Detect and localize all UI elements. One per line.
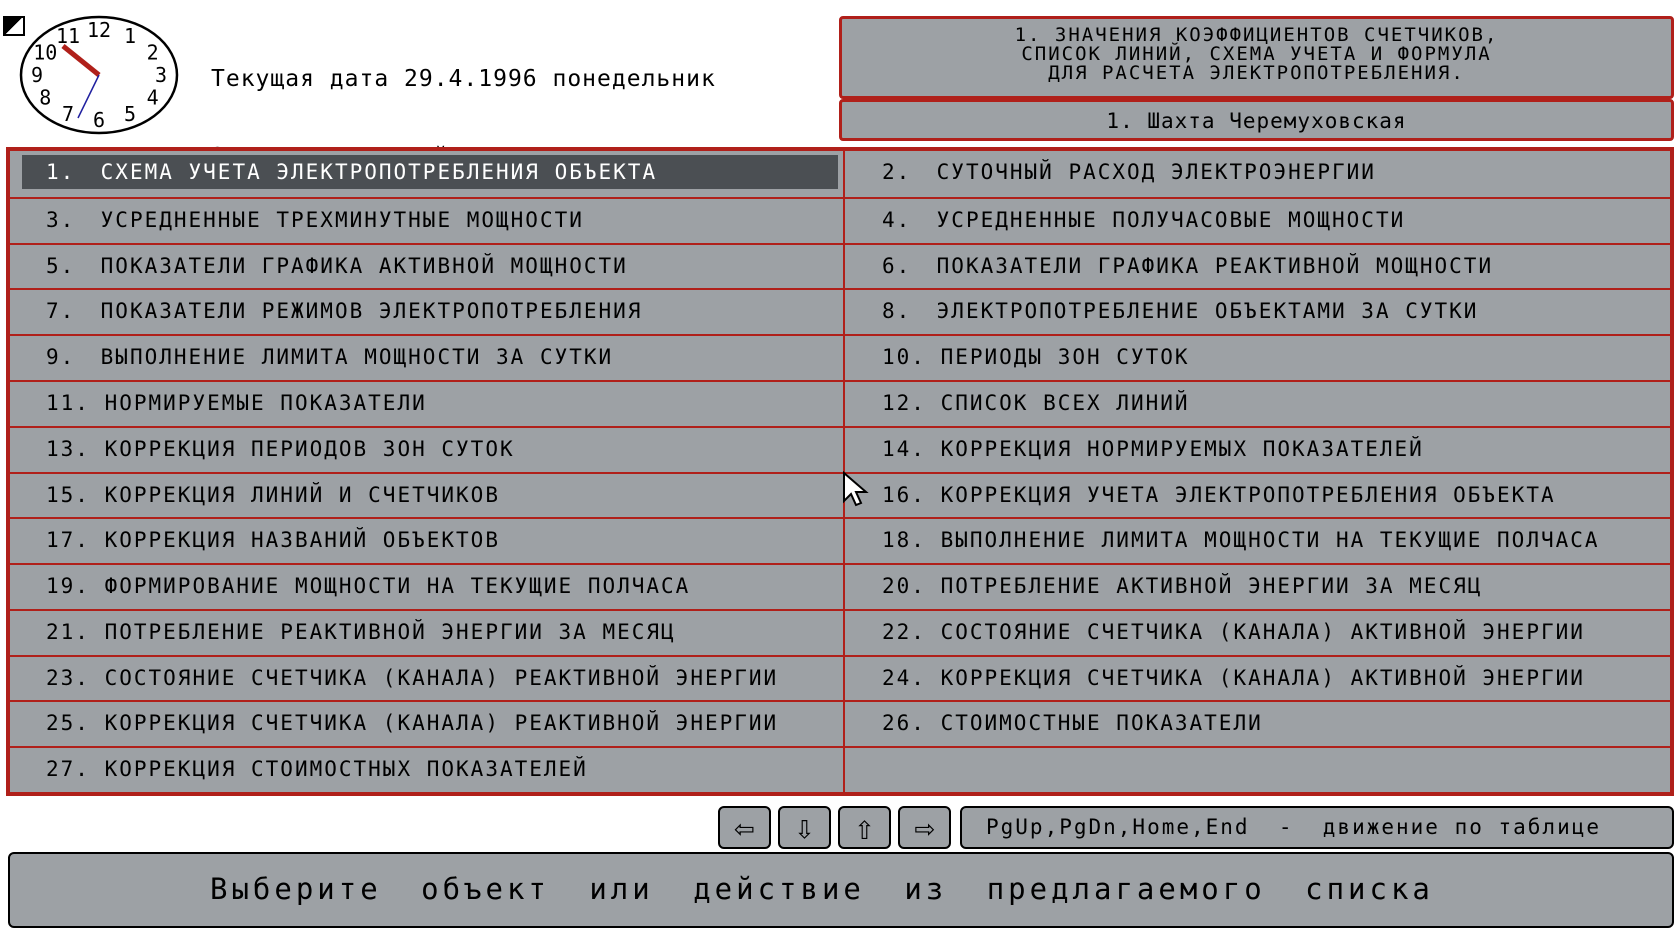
mouse-cursor-icon <box>842 471 872 511</box>
menu-item-16[interactable]: 16. КОРРЕКЦИЯ УЧЕТА ЭЛЕКТРОПОТРЕБЛЕНИЯ О… <box>882 474 1556 518</box>
svg-text:1: 1 <box>124 24 136 48</box>
arrow-down-icon: ⇩ <box>794 811 814 845</box>
menu-item-number: 16. <box>882 474 926 518</box>
menu-item-label: ПОТРЕБЛЕНИЕ АКТИВНОЙ ЭНЕРГИИ ЗА МЕСЯЦ <box>941 574 1483 598</box>
menu-item-3[interactable]: 3. УСРЕДНЕННЫЕ ТРЕХМИНУТНЫЕ МОЩНОСТИ <box>46 199 584 243</box>
table-row: 5. ПОКАЗАТЕЛИ ГРАФИКА АКТИВНОЙ МОЩНОСТИ6… <box>10 243 1670 289</box>
menu-item-label: УСРЕДНЕННЫЕ ТРЕХМИНУТНЫЕ МОЩНОСТИ <box>101 208 584 232</box>
table-row: 21. ПОТРЕБЛЕНИЕ РЕАКТИВНОЙ ЭНЕРГИИ ЗА МЕ… <box>10 609 1670 655</box>
menu-item-number: 20. <box>882 565 926 609</box>
arrow-up-button[interactable]: ⇧ <box>838 806 891 849</box>
menu-item-label: СОСТОЯНИЕ СЧЕТЧИКА (КАНАЛА) АКТИВНОЙ ЭНЕ… <box>941 620 1585 644</box>
menu-item-number: 6. <box>882 245 922 289</box>
menu-item-number: 9. <box>46 336 86 380</box>
arrow-right-button[interactable]: ⇨ <box>898 806 951 849</box>
menu-item-11[interactable]: 11. НОРМИРУЕМЫЕ ПОКАЗАТЕЛИ <box>46 382 427 426</box>
menu-item-number: 1. <box>46 151 86 195</box>
menu-item-number: 15. <box>46 474 90 518</box>
menu-item-number: 8. <box>882 290 922 334</box>
menu-item-17[interactable]: 17. КОРРЕКЦИЯ НАЗВАНИЙ ОБЪЕКТОВ <box>46 519 500 563</box>
menu-item-label: СУТОЧНЫЙ РАСХОД ЭЛЕКТРОЭНЕРГИИ <box>937 160 1376 184</box>
menu-item-label: ЭЛЕКТРОПОТРЕБЛЕНИЕ ОБЪЕКТАМИ ЗА СУТКИ <box>937 299 1479 323</box>
menu-item-label: НОРМИРУЕМЫЕ ПОКАЗАТЕЛИ <box>105 391 427 415</box>
menu-item-number: 17. <box>46 519 90 563</box>
menu-item-number: 13. <box>46 428 90 472</box>
menu-item-26[interactable]: 26. СТОИМОСТНЫЕ ПОКАЗАТЕЛИ <box>882 702 1263 746</box>
menu-item-6[interactable]: 6. ПОКАЗАТЕЛИ ГРАФИКА РЕАКТИВНОЙ МОЩНОСТ… <box>882 245 1493 289</box>
menu-item-label: СПИСОК ВСЕХ ЛИНИЙ <box>941 391 1190 415</box>
svg-text:9: 9 <box>31 63 43 87</box>
svg-text:6: 6 <box>93 108 105 132</box>
menu-item-number: 27. <box>46 748 90 792</box>
menu-item-number: 7. <box>46 290 86 334</box>
menu-item-19[interactable]: 19. ФОРМИРОВАНИЕ МОЩНОСТИ НА ТЕКУЩИЕ ПОЛ… <box>46 565 690 609</box>
object-name: 1. Шахта Черемуховская <box>839 99 1674 141</box>
menu-item-27[interactable]: 27. КОРРЕКЦИЯ СТОИМОСТНЫХ ПОКАЗАТЕЛЕЙ <box>46 748 588 792</box>
menu-item-label: ФОРМИРОВАНИЕ МОЩНОСТИ НА ТЕКУЩИЕ ПОЛЧАСА <box>105 574 691 598</box>
menu-item-number: 21. <box>46 611 90 655</box>
table-row: 27. КОРРЕКЦИЯ СТОИМОСТНЫХ ПОКАЗАТЕЛЕЙ <box>10 746 1670 792</box>
arrow-down-button[interactable]: ⇩ <box>778 806 831 849</box>
table-row: 23. СОСТОЯНИЕ СЧЕТЧИКА (КАНАЛА) РЕАКТИВН… <box>10 655 1670 701</box>
menu-item-5[interactable]: 5. ПОКАЗАТЕЛИ ГРАФИКА АКТИВНОЙ МОЩНОСТИ <box>46 245 628 289</box>
menu-item-22[interactable]: 22. СОСТОЯНИЕ СЧЕТЧИКА (КАНАЛА) АКТИВНОЙ… <box>882 611 1585 655</box>
menu-item-number: 22. <box>882 611 926 655</box>
table-row: 7. ПОКАЗАТЕЛИ РЕЖИМОВ ЭЛЕКТРОПОТРЕБЛЕНИЯ… <box>10 288 1670 334</box>
menu-item-label: КОРРЕКЦИЯ УЧЕТА ЭЛЕКТРОПОТРЕБЛЕНИЯ ОБЪЕК… <box>941 483 1556 507</box>
menu-item-12[interactable]: 12. СПИСОК ВСЕХ ЛИНИЙ <box>882 382 1190 426</box>
menu-item-number: 12. <box>882 382 926 426</box>
table-row: 1. СХЕМА УЧЕТА ЭЛЕКТРОПОТРЕБЛЕНИЯ ОБЪЕКТ… <box>10 151 1670 197</box>
menu-item-number: 23. <box>46 657 90 701</box>
table-row: 3. УСРЕДНЕННЫЕ ТРЕХМИНУТНЫЕ МОЩНОСТИ4. У… <box>10 197 1670 243</box>
svg-text:10: 10 <box>33 41 57 65</box>
arrow-right-icon: ⇨ <box>914 811 934 845</box>
svg-text:5: 5 <box>124 102 136 126</box>
menu-item-24[interactable]: 24. КОРРЕКЦИЯ СЧЕТЧИКА (КАНАЛА) АКТИВНОЙ… <box>882 657 1585 701</box>
menu-item-13[interactable]: 13. КОРРЕКЦИЯ ПЕРИОДОВ ЗОН СУТОК <box>46 428 515 472</box>
menu-item-number: 10. <box>882 336 926 380</box>
menu-item-label: СТОИМОСТНЫЕ ПОКАЗАТЕЛИ <box>941 711 1263 735</box>
menu-item-number: 3. <box>46 199 86 243</box>
menu-item-number: 19. <box>46 565 90 609</box>
menu-item-8[interactable]: 8. ЭЛЕКТРОПОТРЕБЛЕНИЕ ОБЪЕКТАМИ ЗА СУТКИ <box>882 290 1478 334</box>
arrow-left-button[interactable]: ⇦ <box>718 806 771 849</box>
navigation-hint: PgUp,PgDn,Home,End - движение по таблице <box>960 806 1674 849</box>
menu-item-label: КОРРЕКЦИЯ СЧЕТЧИКА (КАНАЛА) РЕАКТИВНОЙ Э… <box>105 711 779 735</box>
section-title: 1. ЗНАЧЕНИЯ КОЭФФИЦИЕНТОВ СЧЕТЧИКОВ, СПИ… <box>839 16 1674 99</box>
menu-item-label: КОРРЕКЦИЯ НАЗВАНИЙ ОБЪЕКТОВ <box>105 528 500 552</box>
menu-item-20[interactable]: 20. ПОТРЕБЛЕНИЕ АКТИВНОЙ ЭНЕРГИИ ЗА МЕСЯ… <box>882 565 1482 609</box>
menu-item-label: КОРРЕКЦИЯ СЧЕТЧИКА (КАНАЛА) АКТИВНОЙ ЭНЕ… <box>941 666 1585 690</box>
arrow-left-icon: ⇦ <box>734 811 754 845</box>
menu-item-7[interactable]: 7. ПОКАЗАТЕЛИ РЕЖИМОВ ЭЛЕКТРОПОТРЕБЛЕНИЯ <box>46 290 642 334</box>
menu-item-label: ПОКАЗАТЕЛИ ГРАФИКА РЕАКТИВНОЙ МОЩНОСТИ <box>937 254 1493 278</box>
status-bar: Выберите объект или действие из предлага… <box>8 852 1674 928</box>
menu-item-label: УСРЕДНЕННЫЕ ПОЛУЧАСОВЫЕ МОЩНОСТИ <box>937 208 1406 232</box>
menu-table: 1. СХЕМА УЧЕТА ЭЛЕКТРОПОТРЕБЛЕНИЯ ОБЪЕКТ… <box>6 147 1674 796</box>
svg-text:3: 3 <box>155 63 167 87</box>
menu-item-number: 18. <box>882 519 926 563</box>
menu-item-label: ПЕРИОДЫ ЗОН СУТОК <box>941 345 1190 369</box>
menu-item-9[interactable]: 9. ВЫПОЛНЕНИЕ ЛИМИТА МОЩНОСТИ ЗА СУТКИ <box>46 336 613 380</box>
current-date: Текущая дата 29.4.1996 понедельник <box>211 66 716 92</box>
menu-item-label: СХЕМА УЧЕТА ЭЛЕКТРОПОТРЕБЛЕНИЯ ОБЪЕКТА <box>101 160 657 184</box>
table-row: 11. НОРМИРУЕМЫЕ ПОКАЗАТЕЛИ12. СПИСОК ВСЕ… <box>10 380 1670 426</box>
table-row: 13. КОРРЕКЦИЯ ПЕРИОДОВ ЗОН СУТОК14. КОРР… <box>10 426 1670 472</box>
menu-item-14[interactable]: 14. КОРРЕКЦИЯ НОРМИРУЕМЫХ ПОКАЗАТЕЛЕЙ <box>882 428 1424 472</box>
table-row: 25. КОРРЕКЦИЯ СЧЕТЧИКА (КАНАЛА) РЕАКТИВН… <box>10 700 1670 746</box>
menu-item-label: ПОКАЗАТЕЛИ РЕЖИМОВ ЭЛЕКТРОПОТРЕБЛЕНИЯ <box>101 299 643 323</box>
menu-item-21[interactable]: 21. ПОТРЕБЛЕНИЕ РЕАКТИВНОЙ ЭНЕРГИИ ЗА МЕ… <box>46 611 676 655</box>
menu-item-number: 26. <box>882 702 926 746</box>
menu-item-1[interactable]: 1. СХЕМА УЧЕТА ЭЛЕКТРОПОТРЕБЛЕНИЯ ОБЪЕКТ… <box>46 151 657 197</box>
svg-text:4: 4 <box>147 86 159 110</box>
table-row: 15. КОРРЕКЦИЯ ЛИНИЙ И СЧЕТЧИКОВ16. КОРРЕ… <box>10 472 1670 518</box>
svg-text:2: 2 <box>147 41 159 65</box>
menu-item-number: 4. <box>882 199 922 243</box>
menu-item-number: 2. <box>882 151 922 195</box>
menu-item-label: ПОКАЗАТЕЛИ ГРАФИКА АКТИВНОЙ МОЩНОСТИ <box>101 254 628 278</box>
menu-item-15[interactable]: 15. КОРРЕКЦИЯ ЛИНИЙ И СЧЕТЧИКОВ <box>46 474 500 518</box>
arrow-up-icon: ⇧ <box>854 811 874 845</box>
menu-item-label: ВЫПОЛНЕНИЕ ЛИМИТА МОЩНОСТИ НА ТЕКУЩИЕ ПО… <box>941 528 1600 552</box>
menu-item-label: КОРРЕКЦИЯ ПЕРИОДОВ ЗОН СУТОК <box>105 437 515 461</box>
menu-item-label: КОРРЕКЦИЯ НОРМИРУЕМЫХ ПОКАЗАТЕЛЕЙ <box>941 437 1424 461</box>
menu-item-label: ПОТРЕБЛЕНИЕ РЕАКТИВНОЙ ЭНЕРГИИ ЗА МЕСЯЦ <box>105 620 676 644</box>
table-row: 9. ВЫПОЛНЕНИЕ ЛИМИТА МОЩНОСТИ ЗА СУТКИ10… <box>10 334 1670 380</box>
title-line: ДЛЯ РАСЧЕТА ЭЛЕКТРОПОТРЕБЛЕНИЯ. <box>842 64 1671 83</box>
menu-item-23[interactable]: 23. СОСТОЯНИЕ СЧЕТЧИКА (КАНАЛА) РЕАКТИВН… <box>46 657 778 701</box>
svg-text:11: 11 <box>56 24 80 48</box>
table-row: 17. КОРРЕКЦИЯ НАЗВАНИЙ ОБЪЕКТОВ18. ВЫПОЛ… <box>10 517 1670 563</box>
menu-item-10[interactable]: 10. ПЕРИОДЫ ЗОН СУТОК <box>882 336 1190 380</box>
menu-item-label: ВЫПОЛНЕНИЕ ЛИМИТА МОЩНОСТИ ЗА СУТКИ <box>101 345 614 369</box>
menu-item-number: 25. <box>46 702 90 746</box>
svg-text:12: 12 <box>87 18 111 42</box>
clock-icon: 121234567891011 <box>18 14 180 136</box>
menu-item-2[interactable]: 2. СУТОЧНЫЙ РАСХОД ЭЛЕКТРОЭНЕРГИИ <box>882 151 1376 197</box>
menu-item-number: 24. <box>882 657 926 701</box>
menu-item-label: СОСТОЯНИЕ СЧЕТЧИКА (КАНАЛА) РЕАКТИВНОЙ Э… <box>105 666 779 690</box>
menu-item-number: 11. <box>46 382 90 426</box>
menu-item-4[interactable]: 4. УСРЕДНЕННЫЕ ПОЛУЧАСОВЫЕ МОЩНОСТИ <box>882 199 1405 243</box>
menu-item-18[interactable]: 18. ВЫПОЛНЕНИЕ ЛИМИТА МОЩНОСТИ НА ТЕКУЩИ… <box>882 519 1600 563</box>
menu-item-label: КОРРЕКЦИЯ ЛИНИЙ И СЧЕТЧИКОВ <box>105 483 500 507</box>
menu-item-25[interactable]: 25. КОРРЕКЦИЯ СЧЕТЧИКА (КАНАЛА) РЕАКТИВН… <box>46 702 778 746</box>
svg-text:8: 8 <box>39 86 51 110</box>
table-row: 19. ФОРМИРОВАНИЕ МОЩНОСТИ НА ТЕКУЩИЕ ПОЛ… <box>10 563 1670 609</box>
svg-text:7: 7 <box>62 102 74 126</box>
menu-item-number: 14. <box>882 428 926 472</box>
menu-item-label: КОРРЕКЦИЯ СТОИМОСТНЫХ ПОКАЗАТЕЛЕЙ <box>105 757 588 781</box>
menu-item-number: 5. <box>46 245 86 289</box>
